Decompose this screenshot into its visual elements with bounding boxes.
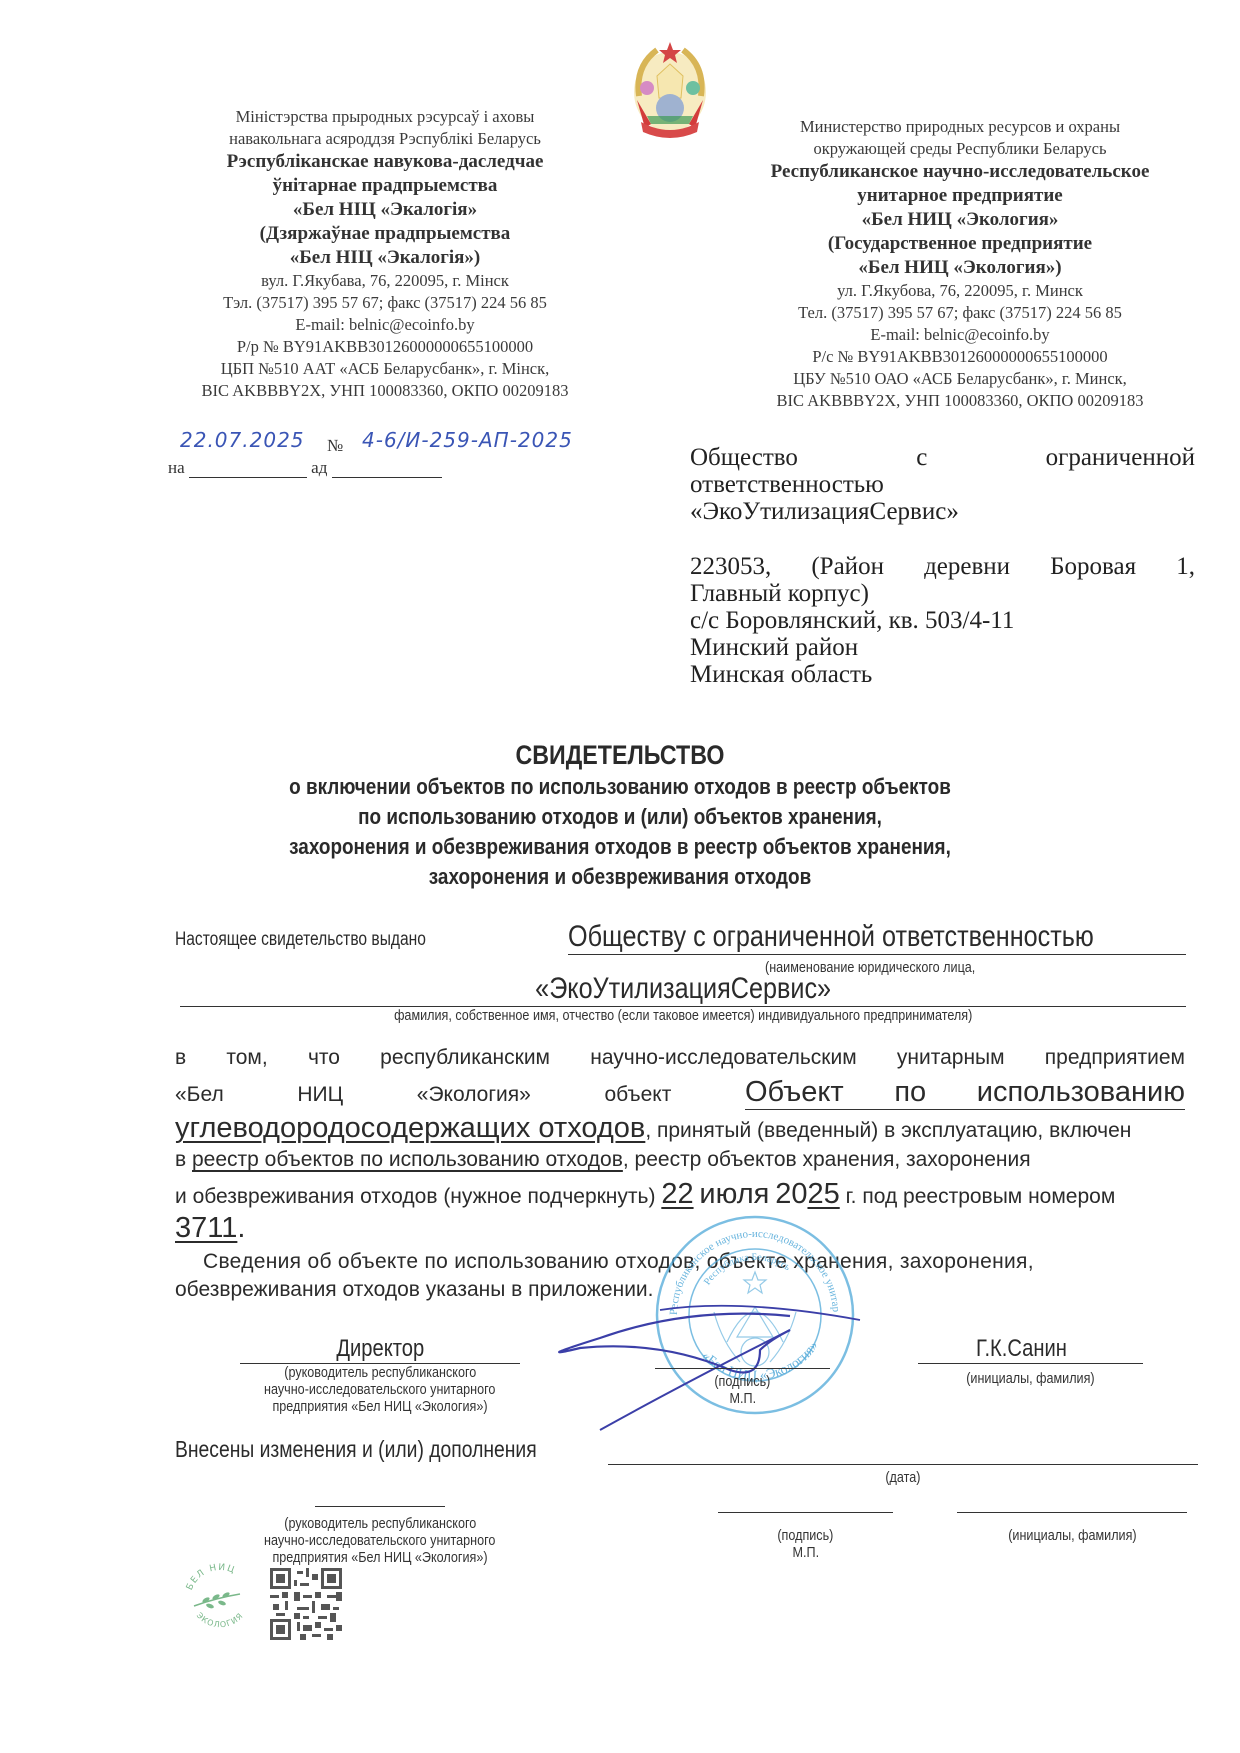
underlined-registry-type: реестр объектов по использованию отходов [192,1148,623,1171]
addressee-block: Общество с ограниченной ответственностью… [690,444,1195,688]
amendments-position-block: (руководитель республиканского научно-ис… [235,1505,525,1566]
org-line: Рэспубліканскае навукова-даследчае [150,150,620,174]
coat-of-arms-icon [627,36,713,140]
address-line: с/с Боровлянский, кв. 503/4-11 [690,607,1195,634]
addressee-company: «ЭкоУтилизацияСервис» [690,498,1195,525]
registry-number: 3711 [175,1212,237,1244]
issued-to-value-line2: «ЭкоУтилизацияСервис» [180,972,1186,1007]
issued-to-value-line1: Обществу с ограниченной ответственностью [568,920,1186,955]
svg-text:БЕЛ НИЦ: БЕЛ НИЦ [185,1563,237,1592]
contact-line: E-mail: belnic@ecoinfo.by [150,314,620,336]
ad-blank-line [332,461,442,478]
amendments-name-field: (инициалы, фамилия) [957,1511,1187,1544]
registration-day: 22 [661,1178,693,1210]
addressee-line: ответственностью [690,471,1195,498]
director-position: Директор [336,1335,424,1363]
na-label: на [168,458,185,477]
director-position-block: Директор (руководитель республиканского … [240,1335,520,1415]
amendments-date-field: (дата) [608,1440,1198,1486]
director-name-block: Г.К.Санин (инициалы, фамилия) [918,1335,1143,1387]
title-line: захоронения и обезвреживания отходов в р… [242,832,999,862]
contact-line: Тел. (37517) 395 57 67; факс (37517) 224… [720,302,1200,324]
logo-bottom-text: ЭКОЛОГИЯ [195,1611,245,1630]
contact-line: Тэл. (37517) 395 57 67; факс (37517) 224… [150,292,620,314]
address-line: Минская область [690,661,1195,688]
contact-line: ул. Г.Якубова, 76, 220095, г. Минск [720,280,1200,302]
ministry-line: Министерство природных ресурсов и охраны [720,116,1200,138]
addressee-line: Общество с ограниченной [690,444,1195,471]
number-sign: № [327,436,343,456]
org-line: унитарное предприятие [720,184,1200,208]
qr-code[interactable] [270,1568,342,1640]
registration-year: 2025 [775,1178,840,1210]
org-line: Республиканское научно-исследовательское [720,160,1200,184]
ministry-line: Міністэрства прыродных рэсурсаў і аховы [150,106,620,128]
ministry-line: окружающей среды Республики Беларусь [720,138,1200,160]
body-line: и обезвреживания отходов (нужное подчерк… [175,1178,1185,1211]
org-line: «Бел НИЦ «Экология») [720,256,1200,280]
title-heading: СВИДЕТЕЛЬСТВО [242,738,999,772]
bel-nic-ecology-logo-icon: БЕЛ НИЦ ЭКОЛОГИЯ [180,1560,260,1640]
document-title: СВИДЕТЕЛЬСТВО о включении объектов по ис… [180,738,1060,892]
header-left-belarusian: Міністэрства прыродных рэсурсаў і аховы … [150,106,620,402]
contact-line: ЦБУ №510 ОАО «АСБ Беларусбанк», г. Минск… [720,368,1200,390]
registration-month: июля [699,1178,769,1210]
reply-reference-line: на ад [168,458,442,478]
issued-to-label: Настоящее свидетельство выдано [175,929,426,951]
address-line: Минский район [690,634,1195,661]
contact-line: ЦБП №510 ААТ «АСБ Беларусбанк», г. Мінск… [150,358,620,380]
org-line: ўнітарнае прадпрыемства [150,174,620,198]
svg-text:ЭКОЛОГИЯ: ЭКОЛОГИЯ [195,1611,245,1630]
contact-line: BIC AKBBBY2X, УНП 100083360, ОКПО 002091… [150,380,620,402]
ad-label: ад [311,458,327,477]
body-line: в том, что республиканским научно-исслед… [175,1046,1185,1070]
contact-line: E-mail: belnic@ecoinfo.by [720,324,1200,346]
contact-line: Р/р № BY91AKBB30126000000655100000 [150,336,620,358]
object-name-line1: Объект по использованию [745,1076,1185,1110]
contact-line: вул. Г.Якубава, 76, 220095, г. Мінск [150,270,620,292]
title-line: о включении объектов по использованию от… [242,772,999,802]
org-line: «Бел НІЦ «Экалогія») [150,246,620,270]
issued-caption-2: фамилия, собственное имя, отчество (если… [180,1007,1186,1024]
outgoing-date-handwritten: 22.07.2025 [180,428,305,452]
org-line: (Государственное предприятие [720,232,1200,256]
svg-text:Республика Беларусь: Республика Беларусь [702,1252,793,1287]
contact-line: Р/с № BY91AKBB30126000000655100000 [720,346,1200,368]
title-line: по использованию отходов и (или) объекто… [242,802,999,832]
org-line: «Бел НИЦ «Экология» [720,208,1200,232]
amendments-label: Внесены изменения и (или) дополнения [175,1436,606,1463]
header-right-russian: Министерство природных ресурсов и охраны… [720,116,1200,412]
object-name-line2: углеводородосодержащих отходов [175,1112,645,1144]
body-line: в реестр объектов по использованию отход… [175,1148,1185,1172]
logo-top-text: БЕЛ НИЦ [185,1563,237,1592]
address-line: Главный корпус) [690,580,1195,607]
contact-line: BIC AKBBBY2X, УНП 100083360, ОКПО 002091… [720,390,1200,412]
org-line: (Дзяржаўнае прадпрыемства [150,222,620,246]
na-blank-line [189,461,307,478]
ministry-line: навакольнага асяроддзя Рэспублікі Белару… [150,128,620,150]
body-line: углеводородосодержащих отходов, принятый… [175,1112,1185,1145]
signature-field: (подпись) М.П. [655,1367,830,1407]
body-line: «Бел НИЦ «Экология» объект Объект по исп… [175,1076,1185,1110]
org-line: «Бел НІЦ «Экалогія» [150,198,620,222]
outgoing-number-handwritten: 4-6/И-259-АП-2025 [362,428,573,452]
title-line: захоронения и обезвреживания отходов [242,862,999,892]
address-line: 223053, (Район деревни Боровая 1, [690,553,1195,580]
director-name: Г.К.Санин [976,1335,1067,1363]
amendments-signature-field: (подпись) М.П. [718,1511,893,1561]
